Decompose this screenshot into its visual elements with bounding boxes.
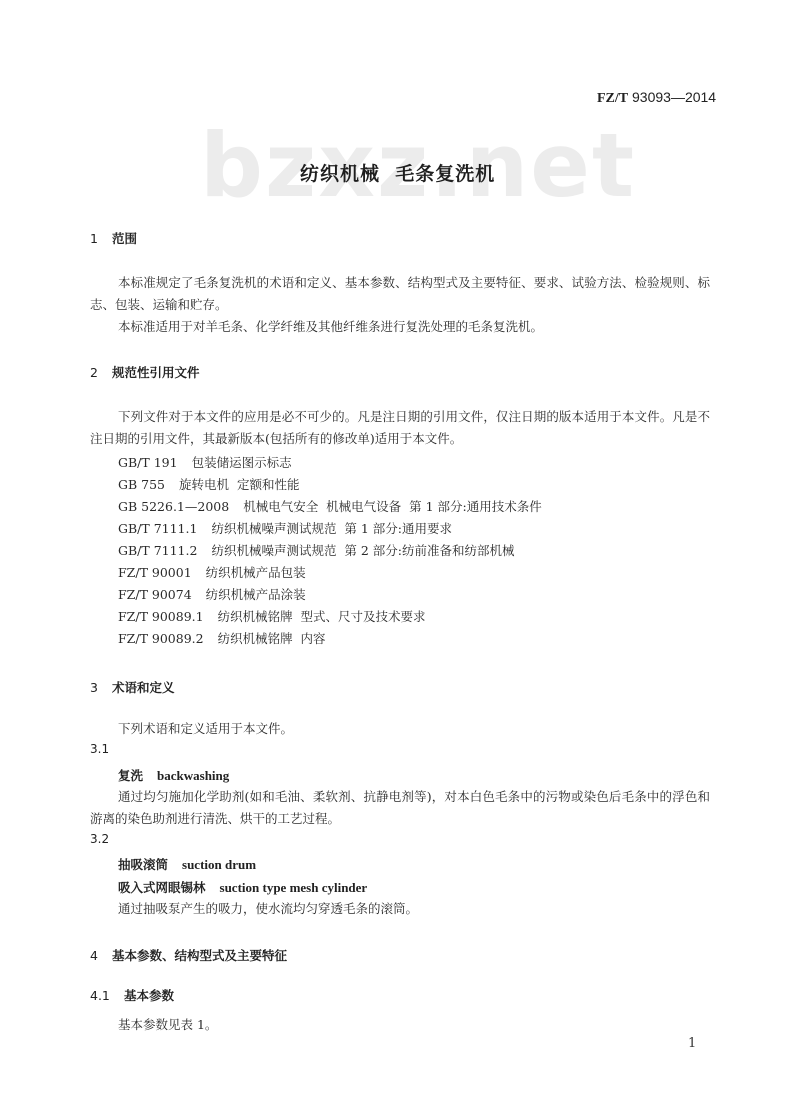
standard-number: 93093—2014 [632, 89, 716, 105]
section-title: 基本参数、结构型式及主要特征 [112, 948, 287, 963]
reference-code: GB 5226.1—2008 [118, 499, 229, 514]
term-heading: 复洗backwashing [118, 766, 229, 784]
term-heading: 抽吸滚筒suction drum [118, 855, 256, 873]
standard-code: FZ/T 93093—2014 [597, 89, 716, 107]
reference-item: FZ/T 90089.2纺织机械铭牌 内容 [118, 629, 326, 647]
reference-code: FZ/T 90089.1 [118, 609, 204, 624]
reference-code: GB/T 191 [118, 455, 178, 470]
reference-title: 纺织机械噪声测试规范 第 1 部分:通用要求 [211, 521, 452, 536]
section-title: 规范性引用文件 [112, 365, 200, 380]
term-en: suction drum [182, 857, 256, 872]
term-alt-heading: 吸入式网眼锡林suction type mesh cylinder [118, 878, 367, 896]
reference-item: GB/T 7111.1纺织机械噪声测试规范 第 1 部分:通用要求 [118, 519, 452, 537]
reference-title: 旋转电机 定额和性能 [179, 477, 299, 492]
reference-title: 纺织机械噪声测试规范 第 2 部分:纺前准备和纺部机械 [211, 543, 514, 558]
reference-item: GB/T 7111.2纺织机械噪声测试规范 第 2 部分:纺前准备和纺部机械 [118, 541, 515, 559]
section-4-heading: 4基本参数、结构型式及主要特征 [90, 946, 287, 964]
section-2-heading: 2规范性引用文件 [90, 363, 200, 381]
reference-item: FZ/T 90001纺织机械产品包装 [118, 563, 306, 581]
subsection-number: 4.1 [90, 988, 124, 1003]
section-1-paragraph-2: 本标准适用于对羊毛条、化学纤维及其他纤维条进行复洗处理的毛条复洗机。 [90, 316, 710, 338]
reference-code: GB/T 7111.2 [118, 543, 197, 558]
reference-title: 纺织机械铭牌 内容 [218, 631, 326, 646]
reference-item: FZ/T 90089.1纺织机械铭牌 型式、尺寸及技术要求 [118, 607, 426, 625]
reference-title: 纺织机械产品涂装 [206, 587, 306, 602]
section-3-heading: 3术语和定义 [90, 678, 175, 696]
page-number: 1 [688, 1036, 696, 1051]
reference-code: GB 755 [118, 477, 165, 492]
reference-code: GB/T 7111.1 [118, 521, 197, 536]
reference-title: 包装储运图示标志 [192, 455, 292, 470]
standard-prefix: FZ/T [597, 91, 628, 106]
section-title: 术语和定义 [112, 680, 175, 695]
section-1-paragraph-1: 本标准规定了毛条复洗机的术语和定义、基本参数、结构型式及主要特征、要求、试验方法… [90, 272, 710, 316]
document-title: 纺织机械 毛条复洗机 [300, 159, 495, 186]
section-title: 范围 [112, 231, 137, 246]
section-number: 4 [90, 948, 112, 963]
term-number: 3.1 [90, 742, 109, 756]
term-definition: 通过均匀施加化学助剂(如和毛油、柔软剂、抗静电剂等)，对本白色毛条中的污物或染色… [90, 786, 710, 830]
reference-title: 机械电气安全 机械电气设备 第 1 部分:通用技术条件 [243, 499, 542, 514]
term-alt-zh: 吸入式网眼锡林 [118, 880, 206, 895]
term-zh: 抽吸滚筒 [118, 857, 168, 872]
reference-item: GB/T 191包装储运图示标志 [118, 453, 292, 471]
reference-item: FZ/T 90074纺织机械产品涂装 [118, 585, 306, 603]
reference-title: 纺织机械铭牌 型式、尺寸及技术要求 [218, 609, 426, 624]
section-number: 1 [90, 231, 112, 246]
reference-code: FZ/T 90001 [118, 565, 192, 580]
subsection-4-1-text: 基本参数见表 1。 [90, 1014, 710, 1036]
reference-code: FZ/T 90074 [118, 587, 192, 602]
term-zh: 复洗 [118, 768, 143, 783]
section-number: 3 [90, 680, 112, 695]
section-1-heading: 1范围 [90, 229, 137, 247]
subsection-title: 基本参数 [124, 988, 174, 1003]
reference-item: GB 5226.1—2008机械电气安全 机械电气设备 第 1 部分:通用技术条… [118, 497, 542, 515]
section-2-intro: 下列文件对于本文件的应用是必不可少的。凡是注日期的引用文件，仅注日期的版本适用于… [90, 406, 710, 450]
term-definition: 通过抽吸泵产生的吸力，使水流均匀穿透毛条的滚筒。 [90, 898, 710, 920]
section-3-intro: 下列术语和定义适用于本文件。 [90, 718, 710, 740]
term-number: 3.2 [90, 832, 109, 846]
subsection-4-1-heading: 4.1基本参数 [90, 986, 174, 1004]
term-en: backwashing [157, 768, 229, 783]
reference-code: FZ/T 90089.2 [118, 631, 204, 646]
reference-title: 纺织机械产品包装 [206, 565, 306, 580]
reference-item: GB 755旋转电机 定额和性能 [118, 475, 299, 493]
section-number: 2 [90, 365, 112, 380]
term-alt-en: suction type mesh cylinder [220, 880, 368, 895]
